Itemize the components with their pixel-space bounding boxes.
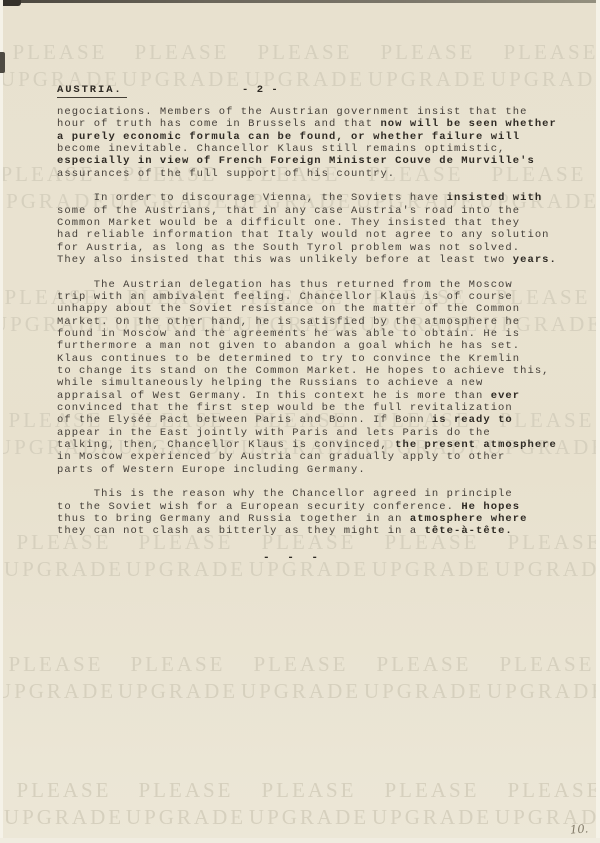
watermark-please: PLEASE bbox=[138, 778, 233, 803]
watermark-please: PLEASE bbox=[503, 40, 598, 65]
text-line: thus to bring Germany and Russia togethe… bbox=[57, 513, 577, 525]
text-line: for Austria, as long as the South Tyrol … bbox=[57, 242, 577, 254]
scan-left-edge bbox=[0, 0, 3, 843]
watermark-please: PLEASE bbox=[8, 652, 103, 677]
end-separator: - - - bbox=[263, 552, 319, 564]
watermark-upgrade: UPGRADE bbox=[4, 805, 124, 830]
page-number: - 2 - bbox=[242, 84, 279, 96]
text-line: in Moscow experienced by Austria can gra… bbox=[57, 451, 577, 463]
watermark-upgrade: UPGRADE bbox=[122, 67, 242, 92]
text-line: Market. On the other hand, he is satisfi… bbox=[57, 316, 577, 328]
watermark-upgrade: UPGRADE bbox=[372, 805, 492, 830]
watermark-upgrade: UPGRADE bbox=[364, 679, 484, 704]
watermark-please: PLEASE bbox=[507, 778, 600, 803]
watermark-upgrade: UPGRADE bbox=[495, 557, 600, 582]
watermark-please: PLEASE bbox=[257, 40, 352, 65]
text-line: of the Elysée Pact between Paris and Bon… bbox=[57, 414, 577, 426]
text-line: to the Soviet wish for a European securi… bbox=[57, 501, 577, 513]
text-line: a purely economic formula can be found, … bbox=[57, 131, 577, 143]
watermark-upgrade: UPGRADE bbox=[118, 679, 238, 704]
text-line: unhappy about the Soviet resistance on t… bbox=[57, 303, 577, 315]
scan-top-left-mark bbox=[3, 0, 21, 6]
text-line: talking, then, Chancellor Klaus is convi… bbox=[57, 439, 577, 451]
watermark-upgrade: UPGRADE bbox=[249, 805, 369, 830]
watermark-please: PLEASE bbox=[134, 40, 229, 65]
watermark-please: PLEASE bbox=[130, 652, 225, 677]
text-line: found in Moscow and the agreements he wa… bbox=[57, 328, 577, 340]
watermark-please: PLEASE bbox=[384, 778, 479, 803]
handwritten-page-number: 10. bbox=[570, 821, 589, 836]
text-line: hour of truth has come in Brussels and t… bbox=[57, 118, 577, 130]
watermark-upgrade: UPGRADE bbox=[126, 557, 246, 582]
text-line: negociations. Members of the Austrian go… bbox=[57, 106, 577, 118]
scan-left-edge-mark bbox=[0, 52, 5, 73]
text-line: They also insisted that this was unlikel… bbox=[57, 254, 577, 266]
section-title: AUSTRIA. bbox=[57, 84, 127, 98]
text-line: Common Market would be a difficult one. … bbox=[57, 217, 577, 229]
text-line: they can not clash as bitterly as they m… bbox=[57, 525, 577, 537]
scan-top-edge-artifact bbox=[6, 0, 600, 3]
text-line: In order to discourage Vienna, the Sovie… bbox=[57, 192, 577, 204]
watermark-please: PLEASE bbox=[16, 778, 111, 803]
watermark-please: PLEASE bbox=[12, 40, 107, 65]
text-line: trip with an ambivalent feeling. Chancel… bbox=[57, 291, 577, 303]
text-line: become inevitable. Chancellor Klaus stil… bbox=[57, 143, 577, 155]
text-line: parts of Western Europe including German… bbox=[57, 464, 577, 476]
text-line: had reliable information that Italy woul… bbox=[57, 229, 577, 241]
text-line: furthermore a man not given to abandon a… bbox=[57, 340, 577, 352]
watermark-please: PLEASE bbox=[261, 778, 356, 803]
text-line: This is the reason why the Chancellor ag… bbox=[57, 488, 577, 500]
watermark-upgrade: UPGRADE bbox=[372, 557, 492, 582]
watermark-upgrade: UPGRADE bbox=[4, 557, 124, 582]
watermark-upgrade: UPGRADE bbox=[368, 67, 488, 92]
text-line: to change its stand on the Common Market… bbox=[57, 365, 577, 377]
scanned-document-page: PLEASEUPGRADEPLEASEUPGRADEPLEASEUPGRADEP… bbox=[0, 0, 600, 843]
text-line: some of the Austrians, that in any case … bbox=[57, 205, 577, 217]
watermark-please: PLEASE bbox=[380, 40, 475, 65]
text-line: assurances of the full support of his co… bbox=[57, 168, 577, 180]
paragraph: negociations. Members of the Austrian go… bbox=[57, 106, 577, 180]
text-line: appraisal of West Germany. In this conte… bbox=[57, 390, 577, 402]
watermark-upgrade: UPGRADE bbox=[0, 679, 116, 704]
scan-bottom-edge bbox=[0, 838, 600, 843]
text-line: The Austrian delegation has thus returne… bbox=[57, 279, 577, 291]
text-line: while simultaneously helping the Russian… bbox=[57, 377, 577, 389]
watermark-upgrade: UPGRADE bbox=[491, 67, 600, 92]
paragraph: In order to discourage Vienna, the Sovie… bbox=[57, 192, 577, 266]
paragraph: The Austrian delegation has thus returne… bbox=[57, 279, 577, 476]
text-line: convinced that the first step would be t… bbox=[57, 402, 577, 414]
paragraph: This is the reason why the Chancellor ag… bbox=[57, 488, 577, 537]
watermark-upgrade: UPGRADE bbox=[487, 679, 600, 704]
watermark-please: PLEASE bbox=[499, 652, 594, 677]
watermark-upgrade: UPGRADE bbox=[126, 805, 246, 830]
watermark-please: PLEASE bbox=[376, 652, 471, 677]
document-body: negociations. Members of the Austrian go… bbox=[57, 106, 577, 537]
scan-right-edge bbox=[596, 0, 600, 843]
text-line: Klaus continues to be determined to try … bbox=[57, 353, 577, 365]
watermark-please: PLEASE bbox=[253, 652, 348, 677]
text-line: especially in view of French Foreign Min… bbox=[57, 155, 577, 167]
watermark-upgrade: UPGRADE bbox=[241, 679, 361, 704]
text-line: appear in the East jointly with Paris an… bbox=[57, 427, 577, 439]
